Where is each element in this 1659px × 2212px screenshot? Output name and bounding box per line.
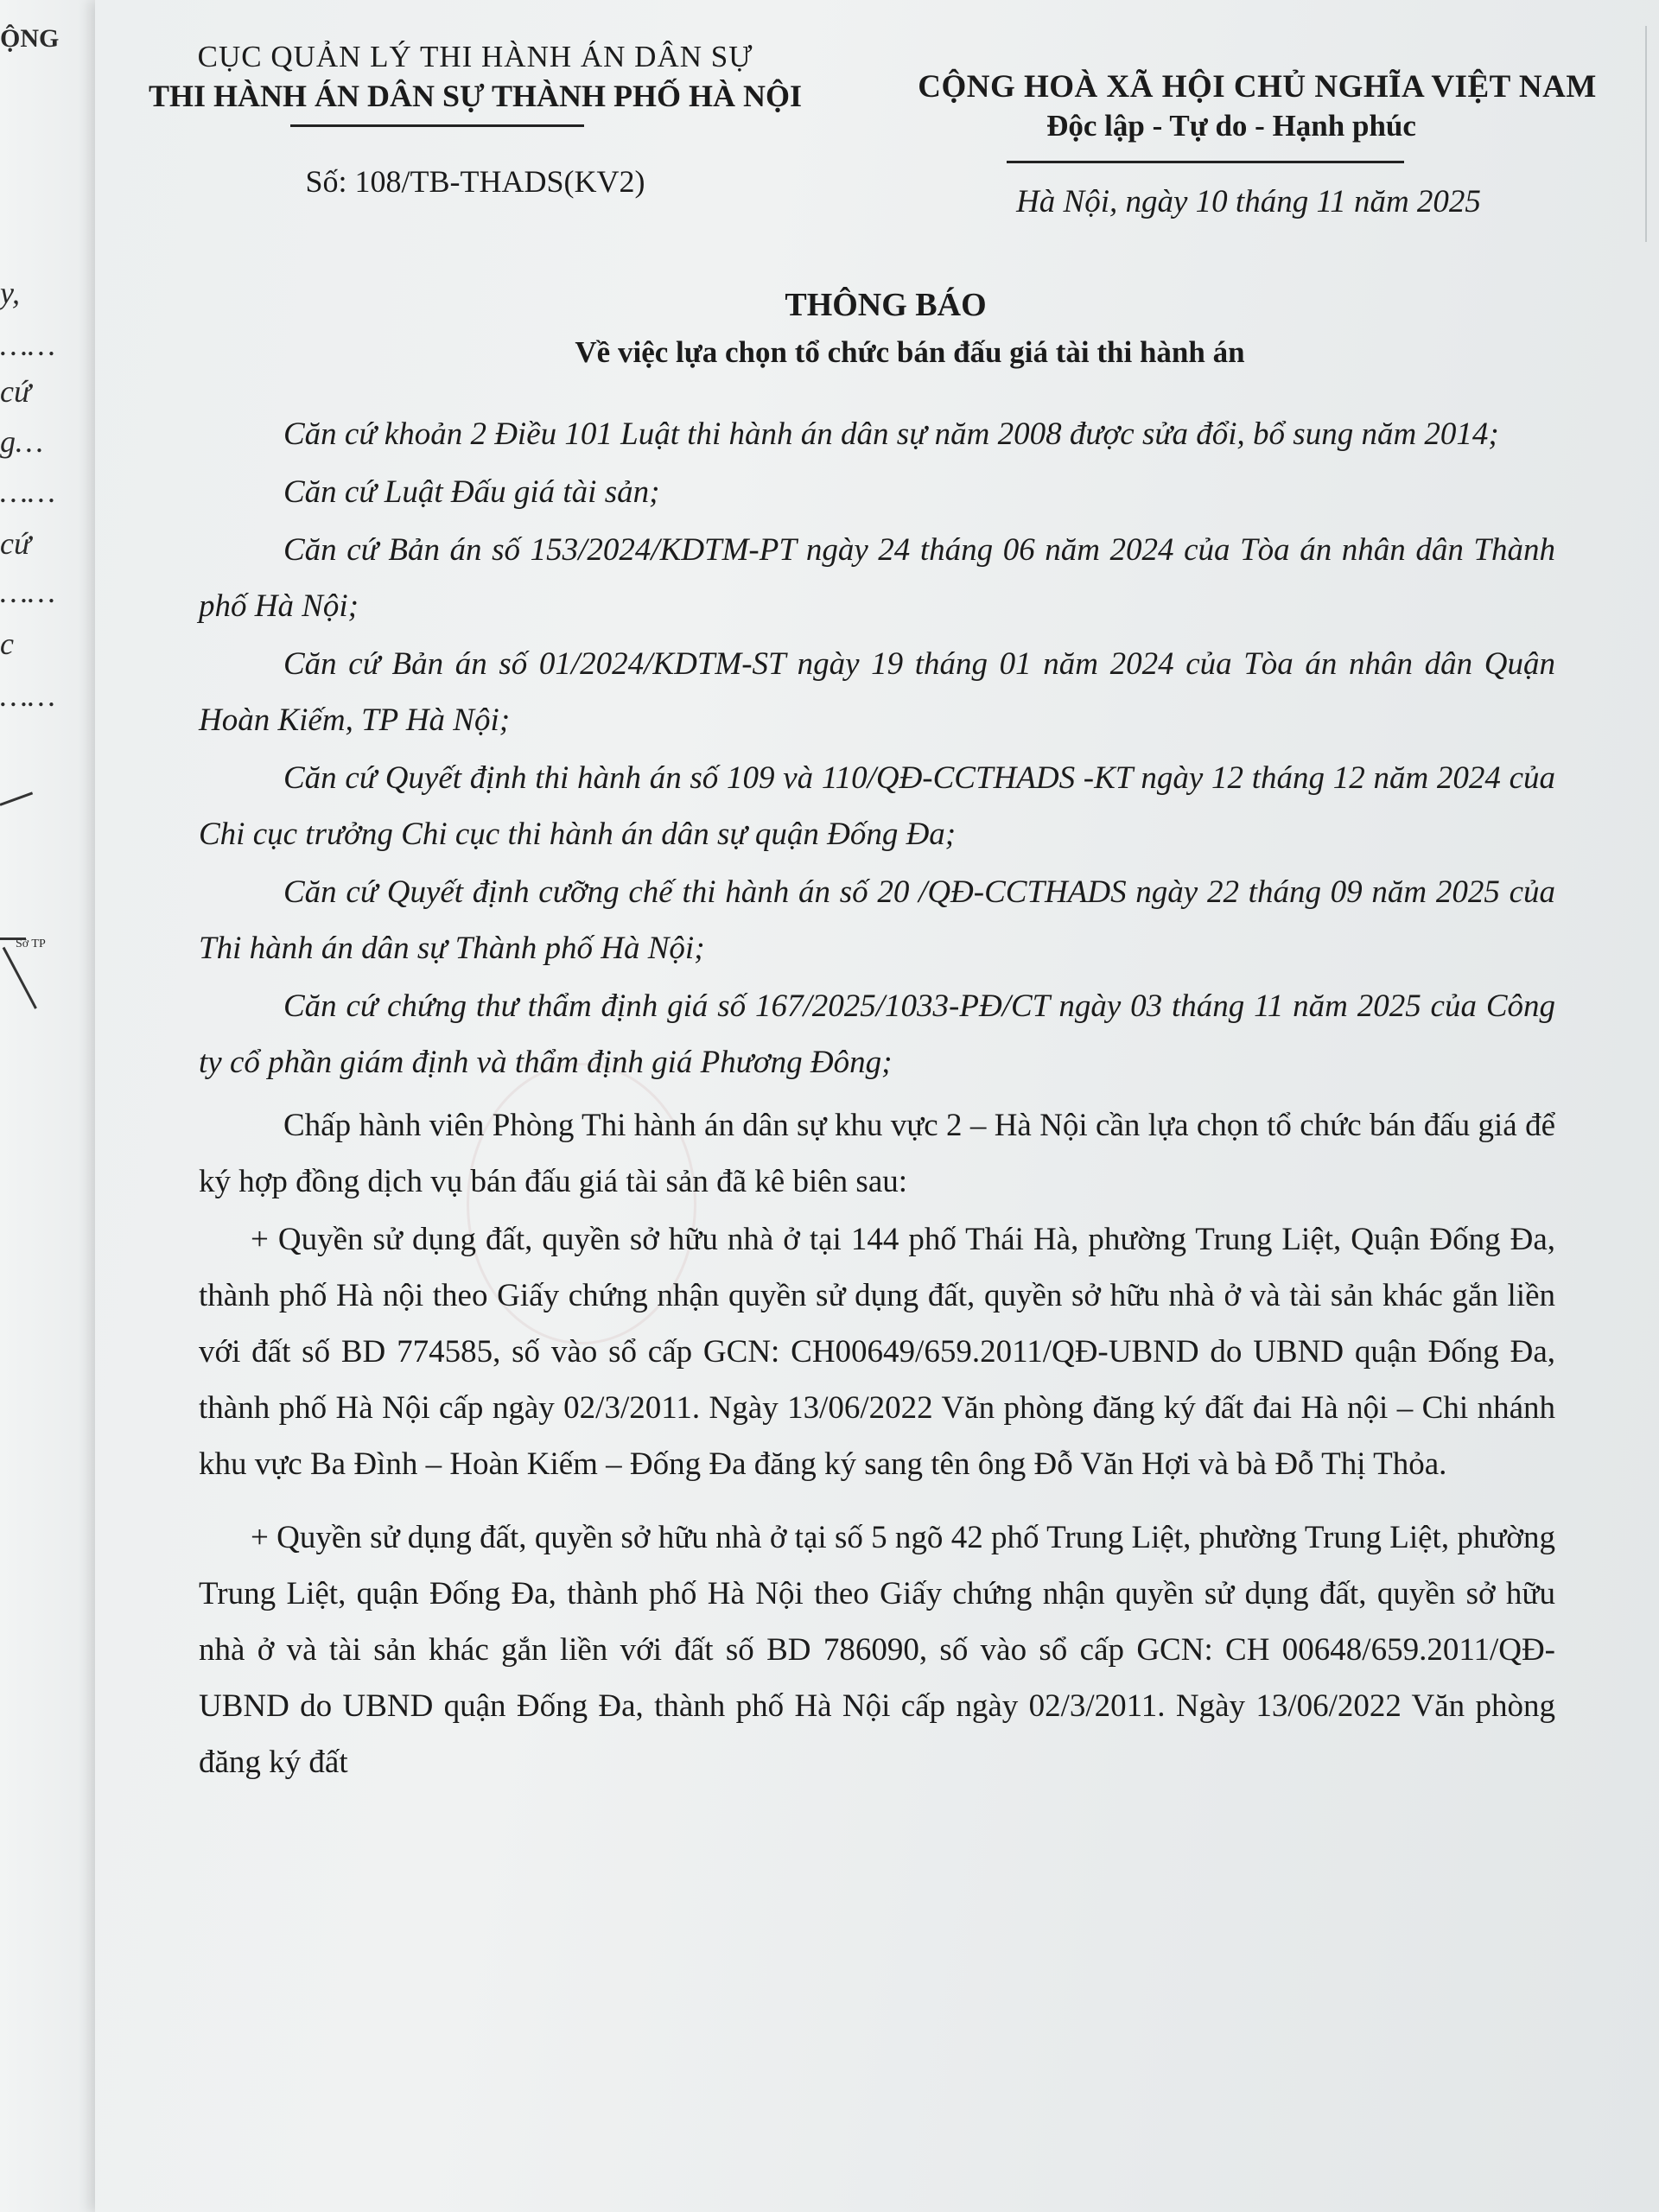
national-motto: Độc lập - Tự do - Hạnh phúc [847, 107, 1616, 145]
document-title: THÔNG BÁO [104, 285, 1659, 325]
legal-basis: Căn cứ Bản án số 153/2024/KDTM-PT ngày 2… [199, 522, 1555, 634]
underlying-fragment: cứ [0, 373, 31, 410]
document-body: Căn cứ khoản 2 Điều 101 Luật thi hành án… [199, 406, 1555, 1792]
legal-basis: Căn cứ Luật Đấu giá tài sản; [199, 464, 1555, 520]
page-edge [1645, 26, 1647, 242]
underlying-fragment: …… [0, 574, 55, 610]
place-date: Hà Nội, ngày 10 tháng 11 năm 2025 [864, 182, 1633, 222]
document-page: CỤC QUẢN LÝ THI HÀNH ÁN DÂN SỰ THI HÀNH … [95, 0, 1659, 2212]
underlying-fragment: …… [0, 327, 55, 363]
national-header: CỘNG HOÀ XÃ HỘI CHỦ NGHĨA VIỆT NAM Độc l… [873, 67, 1642, 222]
underlying-line [3, 947, 37, 1009]
underlying-fragment: cứ [0, 525, 31, 562]
nation-title: CỘNG HOÀ XÃ HỘI CHỦ NGHĨA VIỆT NAM [873, 67, 1642, 107]
title-block: THÔNG BÁO Về việc lựa chọn tổ chức bán đ… [95, 285, 1659, 372]
legal-basis: Căn cứ Bản án số 01/2024/KDTM-ST ngày 19… [199, 636, 1555, 748]
asset-item: + Quyền sử dụng đất, quyền sở hữu nhà ở … [199, 1510, 1555, 1790]
underlying-fragment: y, [0, 275, 20, 311]
underlying-fragment: c [0, 626, 14, 662]
legal-basis: Căn cứ Quyết định cưỡng chế thi hành án … [199, 864, 1555, 976]
agency-name: THI HÀNH ÁN DÂN SỰ THÀNH PHỐ HÀ NỘI [95, 76, 855, 116]
legal-basis: Căn cứ chứng thư thẩm định giá số 167/20… [199, 978, 1555, 1090]
agency-header: CỤC QUẢN LÝ THI HÀNH ÁN DÂN SỰ THI HÀNH … [95, 38, 855, 201]
legal-basis: Căn cứ khoản 2 Điều 101 Luật thi hành án… [199, 406, 1555, 462]
underlying-stamp-fragment: Sở TP [16, 938, 46, 951]
agency-parent: CỤC QUẢN LÝ THI HÀNH ÁN DÂN SỰ [95, 38, 855, 76]
underlying-fragment: …… [0, 474, 55, 510]
document-subtitle: Về việc lựa chọn tổ chức bán đấu giá tài… [128, 334, 1659, 372]
header-rule [290, 124, 584, 127]
asset-item: + Quyền sử dụng đất, quyền sở hữu nhà ở … [199, 1211, 1555, 1492]
statement: Chấp hành viên Phòng Thi hành án dân sự … [199, 1097, 1555, 1210]
document-number: Số: 108/TB-THADS(KV2) [95, 162, 855, 201]
legal-basis: Căn cứ Quyết định thi hành án số 109 và … [199, 750, 1555, 862]
underlying-fragment: …… [0, 677, 55, 714]
underlying-fragment: ỘNG [0, 24, 59, 54]
underlying-line [0, 791, 33, 805]
underlying-fragment: g… [0, 423, 43, 460]
motto-rule [1007, 161, 1404, 163]
